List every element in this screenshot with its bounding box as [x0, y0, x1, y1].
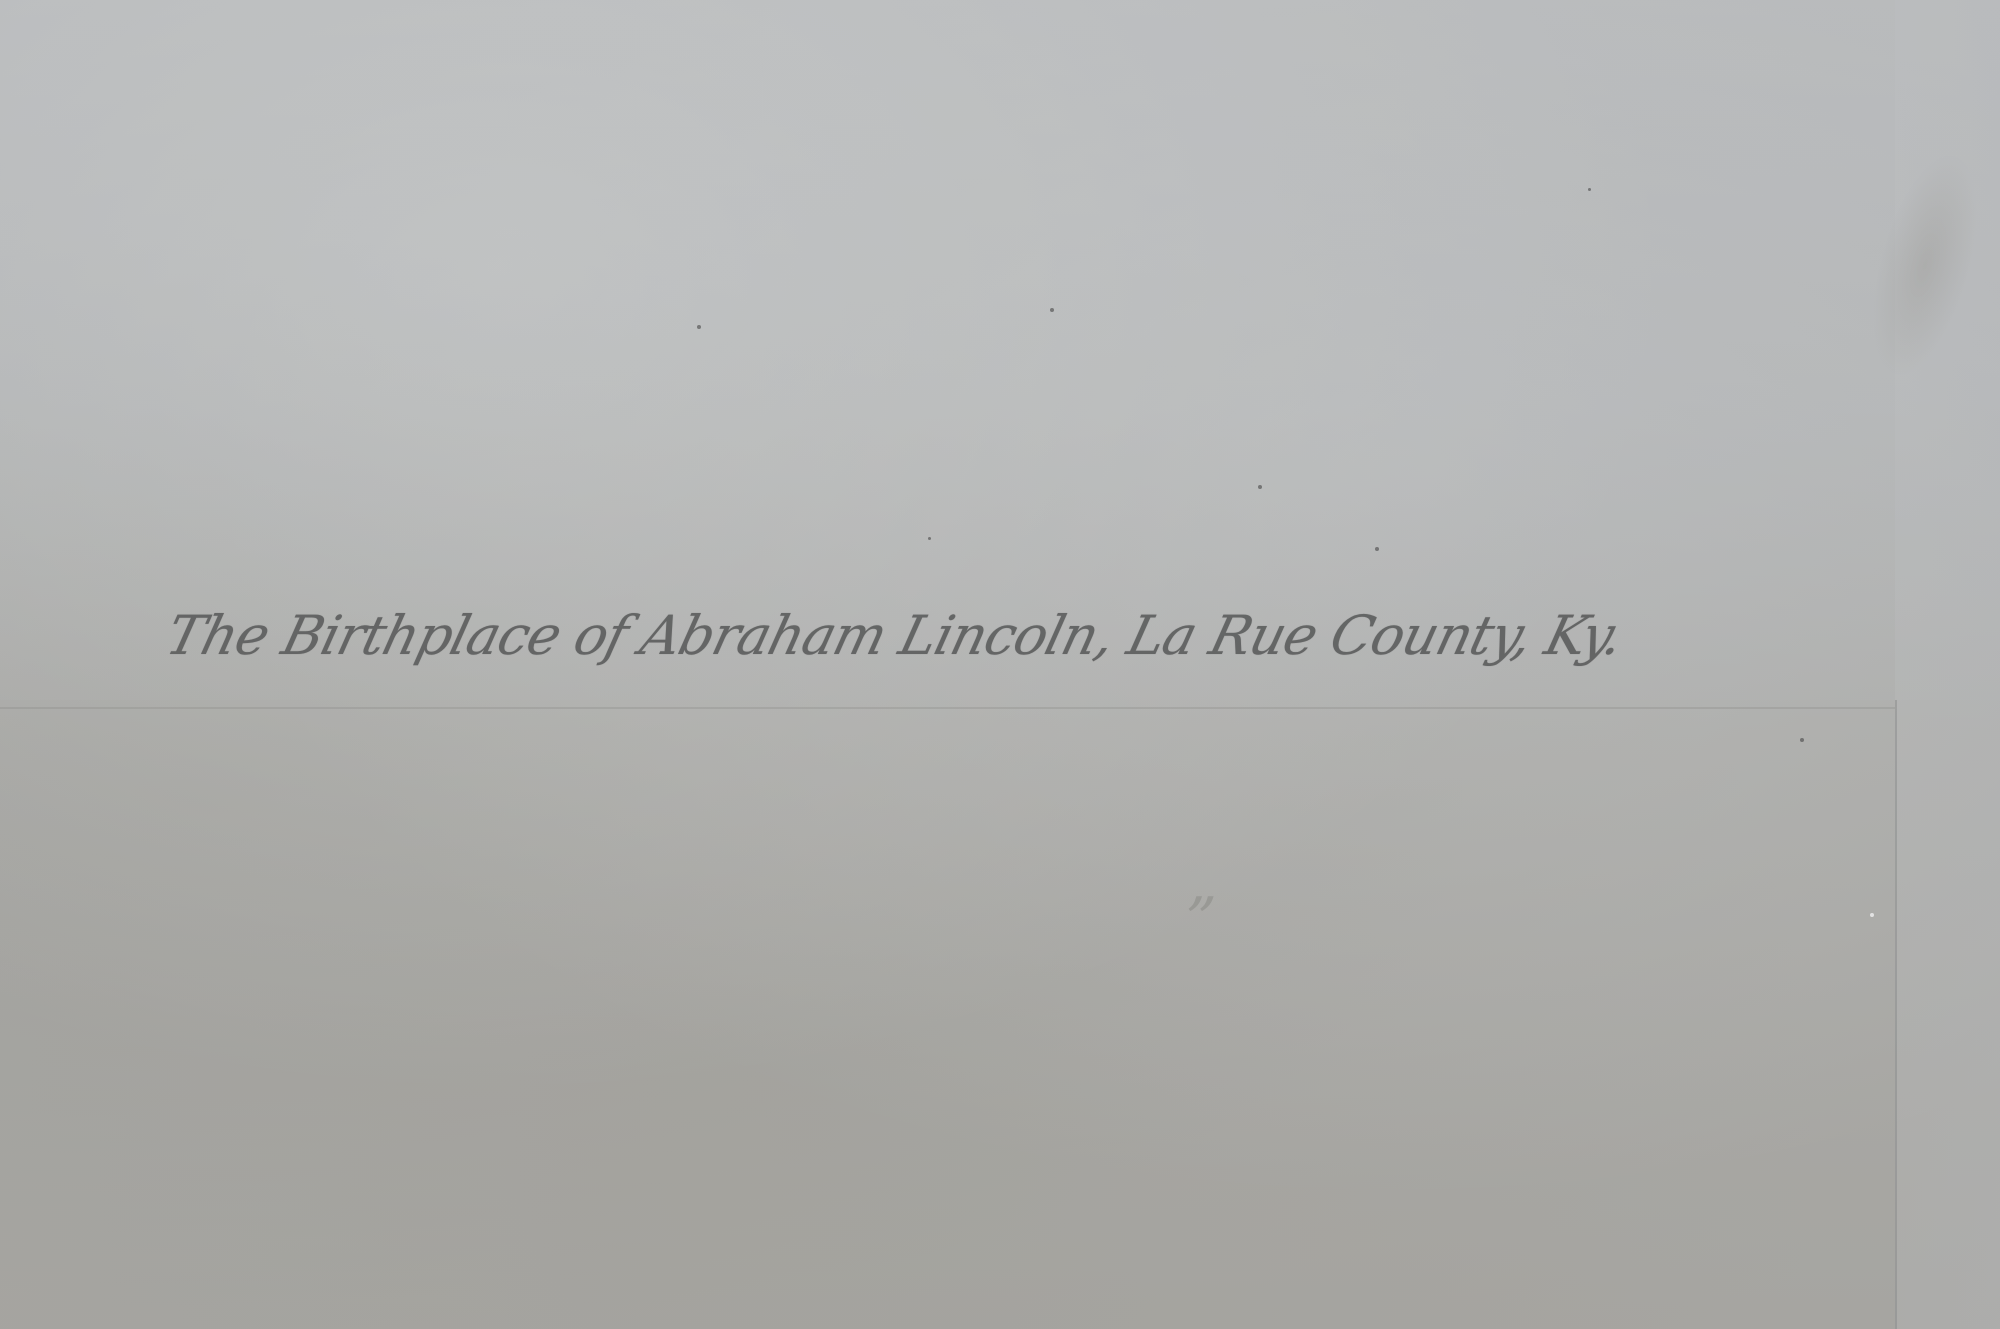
plate-mark-horizontal [0, 707, 1895, 709]
ink-speck [697, 325, 701, 329]
ink-speck [928, 537, 931, 540]
ink-speck [1050, 308, 1054, 312]
ink-speck [1258, 485, 1262, 489]
ink-speck [1800, 738, 1804, 742]
ink-speck [1588, 188, 1591, 191]
ink-speck [1375, 547, 1379, 551]
ink-speck [1870, 913, 1874, 917]
engraved-caption: The Birthplace of Abraham Lincoln, La Ru… [160, 604, 1896, 667]
plate-mark-vertical [1895, 700, 1897, 1329]
upper-margin [0, 0, 2000, 700]
